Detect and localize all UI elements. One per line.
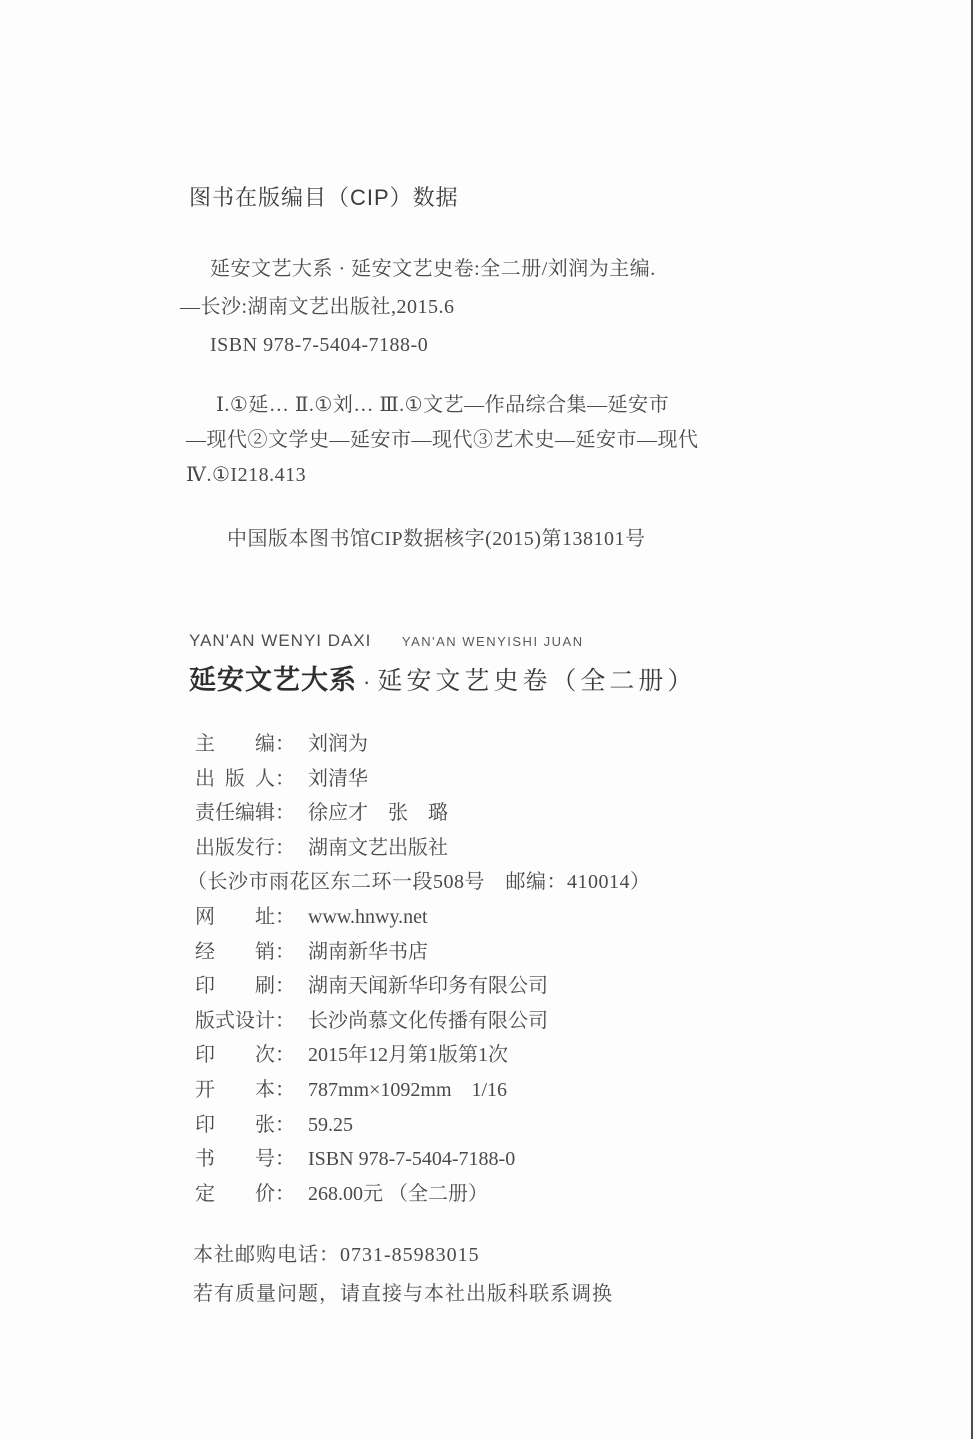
detail-row-chief-editor: 主编：刘润为 [195, 727, 651, 762]
detail-value: 787mm×1092mm 1/16 [308, 1079, 507, 1101]
title-block: YAN'AN WENYI DAXI YAN'AN WENYISHI JUAN 延… [189, 631, 696, 697]
detail-colon: ： [275, 1108, 295, 1143]
detail-colon: ： [275, 1073, 295, 1108]
book-title: 延安文艺大系 · 延安文艺史卷（全二册） [189, 658, 696, 697]
detail-value: 湖南文艺出版社 [308, 837, 448, 859]
detail-label: 责任编辑 [195, 796, 275, 831]
detail-colon: ： [275, 900, 295, 935]
detail-value: 刘润为 [308, 733, 368, 755]
detail-colon: ： [275, 1038, 295, 1073]
detail-row-responsible-editor: 责任编辑：徐应才 张 璐 [195, 796, 651, 831]
detail-label: 印张 [195, 1108, 275, 1143]
detail-label: 主编 [195, 727, 275, 762]
detail-value: 2015年12月第1版第1次 [308, 1044, 508, 1066]
detail-row-distributor: 经销：湖南新华书店 [195, 935, 651, 970]
detail-value: 湖南新华书店 [308, 941, 428, 963]
quality-notice: 若有质量问题，请直接与本社出版科联系调换 [193, 1275, 613, 1314]
cip-class-line3: Ⅳ.①I218.413 [186, 458, 826, 493]
detail-label: 网址 [195, 900, 275, 935]
detail-colon: ： [275, 762, 295, 797]
detail-label: 出版发行 [195, 831, 275, 866]
isbn-number: ISBN 978-7-5404-7188-0 [308, 1148, 515, 1170]
cip-record-number: 中国版本图书馆CIP数据核字(2015)第138101号 [227, 522, 645, 551]
cip-entry-line2: —长沙:湖南文艺出版社,2015.6 [180, 288, 800, 326]
copyright-page: 图书在版编目（CIP）数据 延安文艺大系 · 延安文艺史卷:全二册/刘润为主编.… [0, 0, 975, 1439]
detail-label: 书号 [195, 1142, 275, 1177]
detail-label: 经销 [195, 935, 275, 970]
detail-row-layout-design: 版式设计：长沙尚慕文化传播有限公司 [195, 1004, 651, 1039]
publisher-address-text: （长沙市雨花区东二环一段508号 邮编：410014） [187, 871, 651, 893]
detail-colon: ： [275, 969, 295, 1004]
mail-order-phone: 本社邮购电话：0731-85983015 [193, 1236, 613, 1275]
detail-colon: ： [275, 727, 295, 762]
cip-entry-isbn: ISBN 978-7-5404-7188-0 [180, 326, 800, 364]
detail-colon: ： [275, 831, 295, 866]
detail-value: 湖南天闻新华印务有限公司 [308, 975, 548, 997]
detail-colon: ： [275, 1142, 295, 1177]
detail-value: 59.25 [308, 1114, 353, 1136]
detail-value: 长沙尚慕文化传播有限公司 [308, 1010, 548, 1032]
cip-classification: Ⅰ.①延… Ⅱ.①刘… Ⅲ.①文艺—作品综合集—延安市 —现代②文学史—延安市—… [186, 388, 826, 493]
detail-row-publisher-person: 出版人：刘清华 [195, 762, 651, 797]
detail-label: 开本 [195, 1073, 275, 1108]
detail-label: 定价 [195, 1177, 275, 1212]
detail-row-sheets: 印张：59.25 [195, 1108, 651, 1143]
series-title: 延安文艺大系 [189, 658, 357, 697]
detail-row-printer: 印刷：湖南天闻新华印务有限公司 [195, 969, 651, 1004]
romanized-volume-title: YAN'AN WENYISHI JUAN [402, 634, 584, 649]
detail-row-format: 开本：787mm×1092mm 1/16 [195, 1073, 651, 1108]
publisher-address: （长沙市雨花区东二环一段508号 邮编：410014） [195, 865, 651, 900]
cip-class-line1: Ⅰ.①延… Ⅱ.①刘… Ⅲ.①文艺—作品综合集—延安市 [186, 388, 826, 423]
detail-row-website: 网址：www.hnwy.net [195, 900, 651, 935]
detail-label: 印刷 [195, 969, 275, 1004]
detail-label: 版式设计 [195, 1004, 275, 1039]
cip-catalog-entry: 延安文艺大系 · 延安文艺史卷:全二册/刘润为主编. —长沙:湖南文艺出版社,2… [180, 250, 800, 364]
detail-row-price: 定价：268.00元 （全二册） [195, 1177, 651, 1212]
footer-notes: 本社邮购电话：0731-85983015 若有质量问题，请直接与本社出版科联系调… [193, 1236, 613, 1314]
detail-colon: ： [275, 1177, 295, 1212]
price-value: 268.00元 （全二册） [308, 1183, 488, 1205]
volume-title: 延安文艺史卷（全二册） [377, 661, 696, 697]
detail-colon: ： [275, 1004, 295, 1039]
romanized-series-title: YAN'AN WENYI DAXI [189, 631, 371, 650]
detail-colon: ： [275, 796, 295, 831]
title-separator-dot: · [363, 669, 370, 695]
detail-value: 刘清华 [308, 768, 368, 790]
scan-edge-line [971, 0, 973, 1439]
romanized-title: YAN'AN WENYI DAXI YAN'AN WENYISHI JUAN [189, 631, 696, 651]
detail-row-publisher: 出版发行：湖南文艺出版社 [195, 831, 651, 866]
detail-label: 出版人 [195, 762, 275, 797]
detail-row-print-run: 印次：2015年12月第1版第1次 [195, 1038, 651, 1073]
cip-header: 图书在版编目（CIP）数据 [189, 181, 459, 212]
detail-row-isbn: 书号：ISBN 978-7-5404-7188-0 [195, 1142, 651, 1177]
website-url: www.hnwy.net [308, 906, 428, 928]
detail-value: 徐应才 张 璐 [308, 802, 448, 824]
detail-label: 印次 [195, 1038, 275, 1073]
detail-colon: ： [275, 935, 295, 970]
cip-entry-line1: 延安文艺大系 · 延安文艺史卷:全二册/刘润为主编. [180, 250, 800, 288]
publication-details: 主编：刘润为 出版人：刘清华 责任编辑：徐应才 张 璐 出版发行：湖南文艺出版社… [195, 727, 651, 1211]
cip-class-line2: —现代②文学史—延安市—现代③艺术史—延安市—现代 [186, 423, 826, 458]
